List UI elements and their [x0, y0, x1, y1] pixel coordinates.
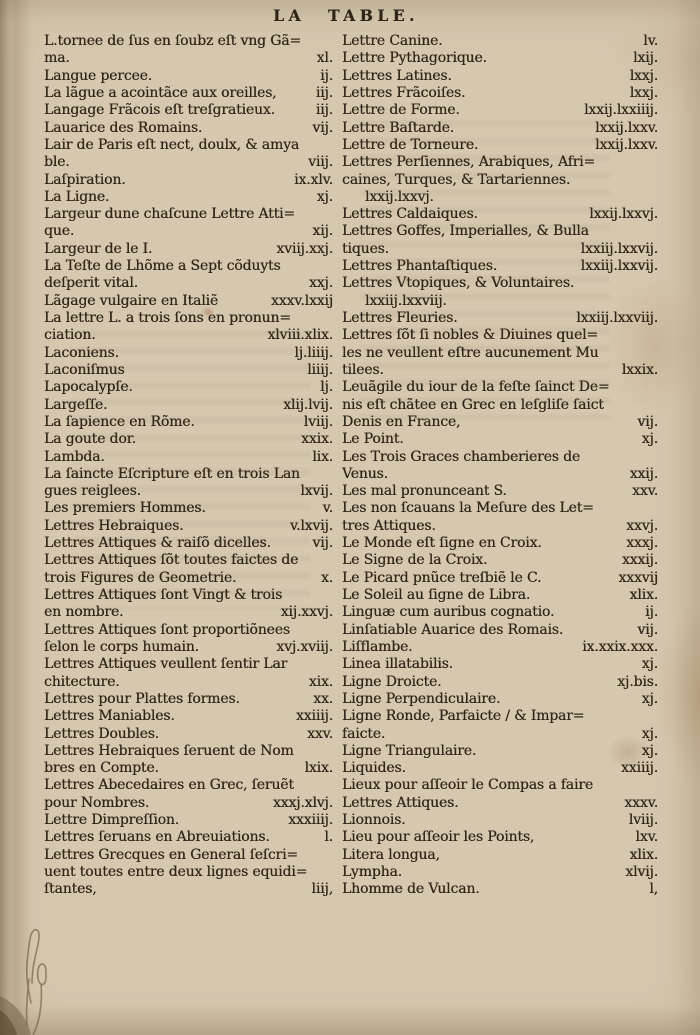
toc-line: Linſatiable Auarice des Romais.vij.: [342, 622, 658, 639]
toc-line: tres Attiques.xxvj.: [342, 518, 658, 535]
toc-entry-text: ciation.: [44, 327, 95, 344]
toc-page-number: xlvij.: [620, 864, 658, 881]
toc-entry-text: Lettres Grecques en General ſeſcri=: [44, 847, 298, 864]
toc-entry-text: Lettres Maniables.: [44, 708, 175, 725]
toc-entry-text: Linea illatabilis.: [342, 656, 453, 673]
toc-line: Lettres Frãcoiſes.lxxj.: [342, 85, 658, 102]
toc-entry-text: Lympha.: [342, 864, 402, 881]
toc-column-right: Lettre Canine.lv.Lettre Pythagorique.lxi…: [342, 33, 658, 899]
toc-entry-text: Lair de Paris eſt nect, doulx, & amya: [44, 137, 299, 154]
toc-page-number: xlviii.xlix.: [262, 327, 333, 344]
toc-line: Le Point.xj.: [342, 431, 658, 448]
toc-entry-text: Le Signe de la Croix.: [342, 552, 487, 569]
toc-entry-text: les ne veullent eſtre aucunement Mu: [342, 345, 599, 362]
toc-line: ſtantes,liij,: [44, 881, 333, 898]
toc-entry-text: ble.: [44, 154, 70, 171]
toc-entry-text: Lettres Hebraiques ſeruent de Nom: [44, 743, 294, 760]
toc-page-number: lj.liiij.: [289, 345, 333, 362]
toc-entry-text: Lettres Attiques ſont Vingt & trois: [44, 587, 282, 604]
toc-page-number: lxix.: [300, 760, 333, 777]
toc-line: Lettres Attiques ſont Vingt & trois: [44, 587, 333, 604]
toc-page-number: lxxj.: [625, 85, 658, 102]
toc-page-number: xxv.: [302, 726, 333, 743]
toc-line: Ligne Triangulaire.xj.: [342, 743, 658, 760]
toc-page-number: lxij.: [628, 50, 658, 67]
toc-entry-text: Litera longua,: [342, 847, 440, 864]
toc-line: lxxij.lxxvj.: [342, 189, 658, 206]
toc-page-number: xij.xxvj.: [276, 604, 333, 621]
toc-line: gues reiglees.lxvij.: [44, 483, 333, 500]
toc-entry-text: Lettres Attiques ſont proportiõnees: [44, 622, 290, 639]
toc-line: Laconiens.lj.liiij.: [44, 345, 333, 362]
toc-entry-text: Venus.: [342, 466, 388, 483]
toc-entry-text: Ligne Droicte.: [342, 674, 441, 691]
toc-page-number: vij.: [307, 535, 333, 552]
toc-line: Les mal pronunceant S.xxv.: [342, 483, 658, 500]
toc-entry-text: La ſapience en Rõme.: [44, 414, 195, 431]
toc-entry-text: Lettres Fleuries.: [342, 310, 457, 327]
toc-line: Lãgage vulgaire en Italiẽxxxv.lxxij: [44, 293, 333, 310]
page-title: LA TABLE.: [0, 6, 692, 25]
toc-line: caines, Turques, & Tartariennes.: [342, 172, 658, 189]
toc-line: Lettres Fleuries.lxxiij.lxxviij.: [342, 310, 658, 327]
toc-line: Lettre Pythagorique.lxij.: [342, 50, 658, 67]
toc-page-number: lxxj.: [625, 68, 658, 85]
toc-entry-text: Ligne Perpendiculaire.: [342, 691, 500, 708]
toc-page-number: xxvj.: [621, 518, 658, 535]
toc-entry-text: Lettres Frãcoiſes.: [342, 85, 465, 102]
toc-page-number: lxvij.: [295, 483, 333, 500]
toc-entry-text: Lettres Attiques veullent ſentir Lar: [44, 656, 287, 673]
toc-entry-text: lxxiij.lxxviij.: [365, 293, 447, 310]
toc-page-number: l,: [644, 881, 658, 898]
toc-entry-text: deſperit vital.: [44, 275, 138, 292]
toc-page-number: xxxij.: [617, 552, 658, 569]
toc-entry-text: Les non ſcauans la Meſure des Let=: [342, 500, 594, 517]
toc-line: ma.xl.: [44, 50, 333, 67]
toc-entry-text: Le Soleil au ſigne de Libra.: [342, 587, 530, 604]
toc-line: Lettres Goffes, Imperialles, & Bulla: [342, 223, 658, 240]
toc-page-number: xl.: [312, 50, 333, 67]
toc-page-number: lxxiij.lxxvij.: [576, 258, 658, 275]
toc-page-number: xlij.lvij.: [278, 397, 333, 414]
toc-page-number: xxix.: [296, 431, 333, 448]
toc-page-number: xx.: [308, 691, 333, 708]
toc-page-number: xlix.: [625, 847, 658, 864]
toc-entry-text: Lieu pour aſſeoir les Points,: [342, 829, 534, 846]
toc-entry-text: ma.: [44, 50, 70, 67]
toc-page-number: xj.: [312, 189, 333, 206]
toc-page-number: xviij.xxj.: [271, 241, 333, 258]
toc-page-number: lxxij.lxxv.: [590, 137, 658, 154]
toc-page-number: viij.: [303, 154, 333, 171]
toc-entry-text: Laconiſmus: [44, 362, 125, 379]
toc-line: Largeſſe.xlij.lvij.: [44, 397, 333, 414]
toc-page-number: xxiiij.: [616, 760, 658, 777]
toc-line: Le Soleil au ſigne de Libra.xlix.: [342, 587, 658, 604]
toc-page-number: xj.: [637, 743, 658, 760]
toc-entry-text: Ligne Ronde, Parfaicte / & Impar=: [342, 708, 584, 725]
toc-entry-text: Lettres Phantaſtiques.: [342, 258, 497, 275]
toc-line: La goute dor.xxix.: [44, 431, 333, 448]
toc-entry-text: Lettres Abecedaires en Grec, ſeruẽt: [44, 777, 294, 794]
toc-page-number: ix.xlv.: [289, 172, 333, 189]
toc-line: Les premiers Hommes.v.: [44, 500, 333, 517]
toc-line: Ligne Ronde, Parfaicte / & Impar=: [342, 708, 658, 725]
toc-entry-text: L.tornee de ſus en ſoubz eſt vng Gã=: [44, 33, 301, 50]
toc-entry-text: Lettres Latines.: [342, 68, 452, 85]
toc-page-number: xj.: [637, 431, 658, 448]
toc-line: les ne veullent eſtre aucunement Mu: [342, 345, 658, 362]
toc-line: tiques.lxxiij.lxxvij.: [342, 241, 658, 258]
toc-page-number: liij,: [307, 881, 333, 898]
toc-entry-text: Lhomme de Vulcan.: [342, 881, 480, 898]
toc-line: Lympha.xlvij.: [342, 864, 658, 881]
toc-line: Laconiſmusliiij.: [44, 362, 333, 379]
toc-line: Lettre Baſtarde.lxxij.lxxv.: [342, 120, 658, 137]
toc-entry-text: uent toutes entre deux lignes equidi=: [44, 864, 307, 881]
toc-entry-text: tres Attiques.: [342, 518, 436, 535]
toc-line: Lettres Attiques ſõt toutes faictes de: [44, 552, 333, 569]
toc-entry-text: chitecture.: [44, 674, 120, 691]
toc-line: La lãgue a acointãce aux oreilles,iij.: [44, 85, 333, 102]
toc-line: ciation.xlviii.xlix.: [44, 327, 333, 344]
toc-line: Lettres Phantaſtiques.lxxiij.lxxvij.: [342, 258, 658, 275]
toc-page-number: lix.: [307, 449, 333, 466]
toc-entry-text: Largeſſe.: [44, 397, 107, 414]
toc-entry-text: Lambda.: [44, 449, 105, 466]
toc-line: Le Picard pnũce treſbiẽ le C.xxxvij: [342, 570, 658, 587]
toc-entry-text: Lettres pour Plattes formes.: [44, 691, 240, 708]
toc-line: Lauarice des Romains.vij.: [44, 120, 333, 137]
toc-entry-text: Lettres Attiques & raiſõ dicelles.: [44, 535, 271, 552]
toc-line: trois Figures de Geometrie.x.: [44, 570, 333, 587]
toc-line: Liſflambe.ix.xxix.xxx.: [342, 639, 658, 656]
toc-page-number: lxv.: [631, 829, 658, 846]
toc-entry-text: Lettre de Torneure.: [342, 137, 478, 154]
toc-page-number: xlix.: [625, 587, 658, 604]
toc-entry-text: ſtantes,: [44, 881, 97, 898]
toc-entry-text: Largeur de le I.: [44, 241, 152, 258]
toc-entry-text: La Ligne.: [44, 189, 109, 206]
toc-line: La ſapience en Rõme.lviij.: [44, 414, 333, 431]
toc-page-number: lxxij.lxxvj.: [584, 206, 658, 223]
toc-line: Lettres Hebraiques ſeruent de Nom: [44, 743, 333, 760]
toc-line: pour Nombres.xxxj.xlvj.: [44, 795, 333, 812]
toc-line: lxxiij.lxxviij.: [342, 293, 658, 310]
toc-entry-text: Denis en France,: [342, 414, 460, 431]
toc-line: uent toutes entre deux lignes equidi=: [44, 864, 333, 881]
toc-page-number: xxj.: [304, 275, 333, 292]
toc-page-number: xj.: [637, 691, 658, 708]
toc-line: Lettres Perſiennes, Arabiques, Afri=: [342, 154, 658, 171]
toc-entry-text: Lettres Attiques.: [342, 795, 458, 812]
toc-line: deſperit vital.xxj.: [44, 275, 333, 292]
toc-line: Lettre de Forme.lxxij.lxxiiij.: [342, 102, 658, 119]
toc-line: Largeur dune chaſcune Lettre Atti=: [44, 206, 333, 223]
toc-page-number: xxiiij.: [291, 708, 333, 725]
toc-entry-text: que.: [44, 223, 74, 240]
toc-line: Largeur de le I.xviij.xxj.: [44, 241, 333, 258]
toc-page-number: lv.: [638, 33, 658, 50]
toc-line: Linea illatabilis.xj.: [342, 656, 658, 673]
toc-entry-text: Lettre Canine.: [342, 33, 442, 50]
toc-line: Lhomme de Vulcan.l,: [342, 881, 658, 898]
toc-page-number: xxxj.: [621, 535, 658, 552]
margin-hand-sketch: [0, 918, 160, 1035]
toc-line: Le Monde eſt ſigne en Croix.xxxj.: [342, 535, 658, 552]
table-of-contents: L.tornee de ſus en ſoubz eſt vng Gã=ma.x…: [44, 33, 658, 899]
toc-line: Lettres Vtopiques, & Voluntaires.: [342, 275, 658, 292]
toc-line: Lieu pour aſſeoir les Points,lxv.: [342, 829, 658, 846]
toc-entry-text: Lãgage vulgaire en Italiẽ: [44, 293, 218, 310]
toc-entry-text: Langue percee.: [44, 68, 152, 85]
toc-entry-text: Largeur dune chaſcune Lettre Atti=: [44, 206, 295, 223]
toc-entry-text: La lettre L. a trois ſons en pronun=: [44, 310, 291, 327]
toc-page-number: xxxj.xlvj.: [268, 795, 333, 812]
toc-entry-text: La ſaincte Eſcripture eſt en trois Lan: [44, 466, 300, 483]
toc-line: Lettres Abecedaires en Grec, ſeruẽt: [44, 777, 333, 794]
toc-page-number: ij.: [640, 604, 658, 621]
toc-entry-text: La goute dor.: [44, 431, 136, 448]
toc-page-number: ix.xxix.xxx.: [577, 639, 658, 656]
toc-page-number: lj.: [315, 379, 333, 396]
toc-line: Lettres Doubles.xxv.: [44, 726, 333, 743]
toc-line: chitecture.xix.: [44, 674, 333, 691]
toc-page-number: liiij.: [302, 362, 333, 379]
toc-line: Litera longua,xlix.: [342, 847, 658, 864]
toc-line: Ligne Droicte.xj.bis.: [342, 674, 658, 691]
toc-entry-text: Lettres Caldaiques.: [342, 206, 478, 223]
toc-entry-text: Les premiers Hommes.: [44, 500, 206, 517]
toc-line: Les non ſcauans la Meſure des Let=: [342, 500, 658, 517]
toc-page-number: xxxv.lxxij: [266, 293, 333, 310]
toc-entry-text: ſelon le corps humain.: [44, 639, 199, 656]
toc-page-number: ij.: [315, 68, 333, 85]
toc-entry-text: Lettres Goffes, Imperialles, & Bulla: [342, 223, 589, 240]
toc-page-number: iij.: [311, 85, 333, 102]
toc-page-number: xvj.xviij.: [271, 639, 333, 656]
toc-entry-text: Laſpiration.: [44, 172, 126, 189]
toc-line: Lettre de Torneure.lxxij.lxxv.: [342, 137, 658, 154]
toc-line: Laſpiration.ix.xlv.: [44, 172, 333, 189]
toc-entry-text: Le Picard pnũce treſbiẽ le C.: [342, 570, 541, 587]
toc-line: bres en Compte.lxix.: [44, 760, 333, 777]
toc-line: Venus.xxij.: [342, 466, 658, 483]
toc-entry-text: La lãgue a acointãce aux oreilles,: [44, 85, 276, 102]
toc-entry-text: Lettres Vtopiques, & Voluntaires.: [342, 275, 574, 292]
toc-entry-text: Les Trois Graces chamberieres de: [342, 449, 580, 466]
toc-line: La lettre L. a trois ſons en pronun=: [44, 310, 333, 327]
toc-entry-text: Lettres Perſiennes, Arabiques, Afri=: [342, 154, 595, 171]
toc-page-number: lviij.: [299, 414, 333, 431]
toc-line: Lettres Latines.lxxj.: [342, 68, 658, 85]
toc-line: Lettres Hebraiques.v.lxvij.: [44, 518, 333, 535]
toc-page-number: lxxiij.lxxviij.: [571, 310, 658, 327]
toc-line: Langage Frãcois eſt treſgratieux.iij.: [44, 102, 333, 119]
toc-entry-text: Ligne Triangulaire.: [342, 743, 476, 760]
toc-page-number: lxxix.: [617, 362, 658, 379]
toc-page-number: xij.: [307, 223, 333, 240]
toc-line: L.tornee de ſus en ſoubz eſt vng Gã=: [44, 33, 333, 50]
toc-line: Langue percee.ij.: [44, 68, 333, 85]
toc-page-number: xj.: [637, 656, 658, 673]
toc-line: Lieux pour aſſeoir le Compas a faire: [342, 777, 658, 794]
toc-line: nis eſt chãtee en Grec en leſgliſe ſaict: [342, 397, 658, 414]
toc-line: Lambda.lix.: [44, 449, 333, 466]
toc-entry-text: Lettre Baſtarde.: [342, 120, 454, 137]
toc-entry-text: Lettre Dimpreſſion.: [44, 812, 179, 829]
toc-line: Lettres Caldaiques.lxxij.lxxvj.: [342, 206, 658, 223]
toc-page-number: vij.: [632, 414, 658, 431]
toc-page-number: xix.: [304, 674, 333, 691]
toc-line: Lettres Attiques ſont proportiõnees: [44, 622, 333, 639]
toc-page-number: l.: [319, 829, 333, 846]
toc-entry-text: gues reiglees.: [44, 483, 141, 500]
toc-page-number: v.: [318, 500, 333, 517]
toc-line: Lettres Attiques.xxxv.: [342, 795, 658, 812]
toc-page-number: vij.: [632, 622, 658, 639]
toc-entry-text: Laconiens.: [44, 345, 119, 362]
toc-line: Lettres ſeruans en Abreuiations.l.: [44, 829, 333, 846]
toc-line: La Teſte de Lhõme a Sept cõduyts: [44, 258, 333, 275]
toc-page-number: lviij.: [624, 812, 658, 829]
toc-entry-text: en nombre.: [44, 604, 123, 621]
toc-entry-text: tilees.: [342, 362, 384, 379]
toc-entry-text: Lettre Pythagorique.: [342, 50, 487, 67]
toc-entry-text: Lettres ſeruans en Abreuiations.: [44, 829, 270, 846]
toc-line: La ſaincte Eſcripture eſt en trois Lan: [44, 466, 333, 483]
toc-entry-text: Liquides.: [342, 760, 406, 777]
book-page-scan: LA TABLE. L.tornee de ſus en ſoubz eſt v…: [0, 0, 700, 1035]
toc-line: Ligne Perpendiculaire.xj.: [342, 691, 658, 708]
toc-entry-text: Langage Frãcois eſt treſgratieux.: [44, 102, 275, 119]
toc-page-number: v.lxvij.: [285, 518, 333, 535]
toc-entry-text: Lauarice des Romains.: [44, 120, 202, 137]
toc-entry-text: Lettres Attiques ſõt toutes faictes de: [44, 552, 298, 569]
toc-entry-text: Liſflambe.: [342, 639, 412, 656]
toc-entry-text: Lionnois.: [342, 812, 405, 829]
toc-page-number: xxxv.: [619, 795, 658, 812]
toc-line: Lair de Paris eſt nect, doulx, & amya: [44, 137, 333, 154]
toc-line: La Ligne.xj.: [44, 189, 333, 206]
toc-line: Les Trois Graces chamberieres de: [342, 449, 658, 466]
toc-entry-text: faicte.: [342, 726, 385, 743]
toc-line: Lettres ſõt ſi nobles & Diuines quel=: [342, 327, 658, 344]
toc-entry-text: tiques.: [342, 241, 389, 258]
toc-line: Lionnois.lviij.: [342, 812, 658, 829]
toc-page-number: iij.: [311, 102, 333, 119]
toc-page-number: xxxiiij.: [283, 812, 333, 829]
toc-line: en nombre.xij.xxvj.: [44, 604, 333, 621]
toc-line: Lapocalypſe.lj.: [44, 379, 333, 396]
toc-entry-text: lxxij.lxxvj.: [365, 189, 434, 206]
toc-entry-text: Le Point.: [342, 431, 404, 448]
toc-line: Linguæ cum auribus cognatio.ij.: [342, 604, 658, 621]
toc-page-number: xj.: [637, 726, 658, 743]
toc-entry-text: nis eſt chãtee en Grec en leſgliſe ſaict: [342, 397, 604, 414]
toc-entry-text: Lettres Hebraiques.: [44, 518, 183, 535]
toc-line: Liquides.xxiiij.: [342, 760, 658, 777]
toc-entry-text: pour Nombres.: [44, 795, 149, 812]
toc-line: Lettres Attiques veullent ſentir Lar: [44, 656, 333, 673]
toc-entry-text: bres en Compte.: [44, 760, 159, 777]
toc-page-number: x.: [316, 570, 333, 587]
toc-line: que.xij.: [44, 223, 333, 240]
toc-line: Lettres pour Plattes formes.xx.: [44, 691, 333, 708]
toc-line: ſelon le corps humain.xvj.xviij.: [44, 639, 333, 656]
toc-page-number: xxv.: [627, 483, 658, 500]
toc-page-number: lxxiij.lxxvij.: [576, 241, 658, 258]
toc-entry-text: Les mal pronunceant S.: [342, 483, 507, 500]
toc-line: Lettres Attiques & raiſõ dicelles.vij.: [44, 535, 333, 552]
toc-line: Lettres Maniables.xxiiij.: [44, 708, 333, 725]
toc-page-number: vij.: [307, 120, 333, 137]
toc-line: Leuãgile du iour de la feſte ſainct De=: [342, 379, 658, 396]
toc-line: Lettre Dimpreſſion.xxxiiij.: [44, 812, 333, 829]
toc-entry-text: Le Monde eſt ſigne en Croix.: [342, 535, 542, 552]
toc-line: faicte.xj.: [342, 726, 658, 743]
toc-line: tilees.lxxix.: [342, 362, 658, 379]
toc-entry-text: Lapocalypſe.: [44, 379, 133, 396]
toc-entry-text: Linguæ cum auribus cognatio.: [342, 604, 554, 621]
toc-entry-text: Lettres ſõt ſi nobles & Diuines quel=: [342, 327, 598, 344]
toc-entry-text: Leuãgile du iour de la feſte ſainct De=: [342, 379, 609, 396]
toc-line: Le Signe de la Croix.xxxij.: [342, 552, 658, 569]
toc-line: ble.viij.: [44, 154, 333, 171]
toc-page-number: xj.bis.: [612, 674, 658, 691]
toc-entry-text: caines, Turques, & Tartariennes.: [342, 172, 570, 189]
toc-entry-text: La Teſte de Lhõme a Sept cõduyts: [44, 258, 281, 275]
toc-line: Lettre Canine.lv.: [342, 33, 658, 50]
toc-page-number: lxxij.lxxv.: [590, 120, 658, 137]
toc-entry-text: Linſatiable Auarice des Romais.: [342, 622, 563, 639]
toc-page-number: xxxvij: [613, 570, 658, 587]
toc-line: Denis en France,vij.: [342, 414, 658, 431]
toc-page-number: xxij.: [625, 466, 658, 483]
toc-entry-text: trois Figures de Geometrie.: [44, 570, 236, 587]
toc-entry-text: Lettres Doubles.: [44, 726, 159, 743]
toc-line: Lettres Grecques en General ſeſcri=: [44, 847, 333, 864]
toc-entry-text: Lieux pour aſſeoir le Compas a faire: [342, 777, 593, 794]
toc-entry-text: Lettre de Forme.: [342, 102, 460, 119]
toc-page-number: lxxij.lxxiiij.: [579, 102, 658, 119]
toc-column-left: L.tornee de ſus en ſoubz eſt vng Gã=ma.x…: [44, 33, 333, 899]
